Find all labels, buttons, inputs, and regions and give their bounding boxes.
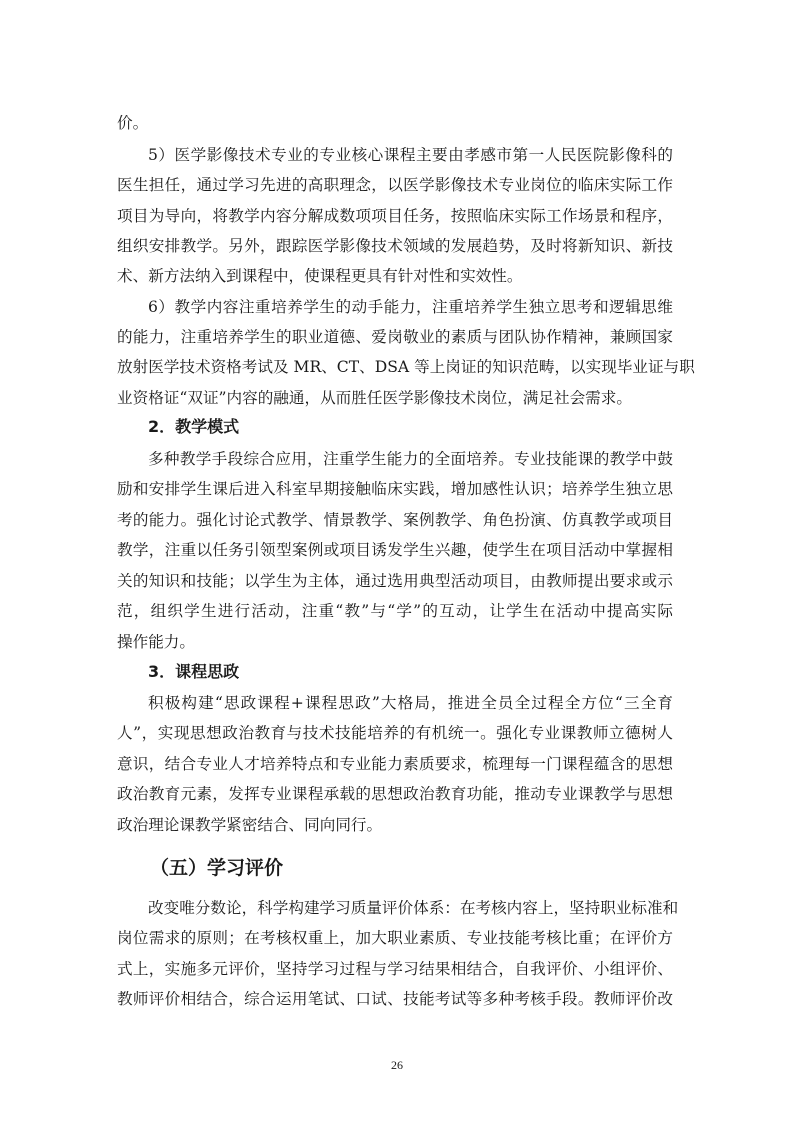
- paragraph-line: 教学，注重以任务引领型案例或项目诱发学生兴趣，使学生在项目活动中掌握相: [117, 540, 673, 560]
- paragraph-line: 式上，实施多元评价，坚持学习过程与学习结果相结合，自我评价、小组评价、: [117, 959, 673, 979]
- paragraph-line: 意识，结合专业人才培养特点和专业能力素质要求，梳理每一门课程蕴含的思想: [117, 754, 673, 774]
- paragraph-line: 教师评价相结合，综合运用笔试、口试、技能考试等多种考核手段。教师评价改: [117, 989, 673, 1009]
- paragraph-line: 政治教育元素，发挥专业课程承载的思想政治教育功能，推动专业课教学与思想: [117, 784, 673, 804]
- paragraph-line: 业资格证“双证”内容的融通，从而胜任医学影像技术岗位，满足社会需求。: [117, 388, 673, 408]
- paragraph-line: 积极构建“思政课程+课程思政”大格局，推进全员全过程全方位“三全育: [148, 693, 673, 713]
- paragraph-line: 多种教学手段综合应用，注重学生能力的全面培养。专业技能课的教学中鼓: [148, 449, 673, 469]
- paragraph-line: 励和安排学生课后进入科室早期接触临床实践，增加感性认识；培养学生独立思: [117, 479, 673, 499]
- section-heading: （五）学习评价: [150, 856, 283, 880]
- subsection-heading: 2．教学模式: [148, 417, 239, 437]
- paragraph-line: 6）教学内容注重培养学生的动手能力，注重培养学生独立思考和逻辑思维: [148, 297, 673, 317]
- paragraph-line: 术、新方法纳入到课程中，使课程更具有针对性和实效性。: [117, 266, 673, 286]
- paragraph-line: 政治理论课教学紧密结合、同向同行。: [117, 815, 673, 835]
- paragraph-line: 项目为导向，将教学内容分解成数项项目任务，按照临床实际工作场景和程序，: [117, 206, 673, 226]
- page-number: 26: [0, 1058, 794, 1073]
- paragraph-line: 医生担任，通过学习先进的高职理念，以医学影像技术专业岗位的临床实际工作: [117, 175, 673, 195]
- paragraph-line: 关的知识和技能；以学生为主体，通过选用典型活动项目，由教师提出要求或示: [117, 571, 673, 591]
- document-page: 价。5）医学影像技术专业的专业核心课程主要由孝感市第一人民医院影像科的医生担任，…: [0, 0, 794, 1123]
- paragraph-line: 考的能力。强化讨论式教学、情景教学、案例教学、角色扮演、仿真教学或项目: [117, 510, 673, 530]
- paragraph-line: 组织安排教学。另外，跟踪医学影像技术领域的发展趋势，及时将新知识、新技: [117, 236, 673, 256]
- paragraph-line: 5）医学影像技术专业的专业核心课程主要由孝感市第一人民医院影像科的: [148, 145, 673, 165]
- paragraph-line: 岗位需求的原则；在考核权重上，加大职业素质、专业技能考核比重；在评价方: [117, 928, 673, 948]
- subsection-heading: 3．课程思政: [148, 662, 239, 682]
- paragraph-line: 操作能力。: [117, 632, 673, 652]
- paragraph-line: 价。: [117, 113, 673, 133]
- paragraph-line: 改变唯分数论，科学构建学习质量评价体系：在考核内容上，坚持职业标准和: [148, 898, 673, 918]
- paragraph-line: 范，组织学生进行活动，注重“教”与“学”的互动，让学生在活动中提高实际: [117, 601, 673, 621]
- paragraph-line: 放射医学技术资格考试及 MR、CT、DSA 等上岗证的知识范畴，以实现毕业证与职: [117, 357, 673, 377]
- paragraph-line: 的能力，注重培养学生的职业道德、爱岗敬业的素质与团队协作精神，兼顾国家: [117, 327, 673, 347]
- paragraph-line: 人”，实现思想政治教育与技术技能培养的有机统一。强化专业课教师立德树人: [117, 723, 673, 743]
